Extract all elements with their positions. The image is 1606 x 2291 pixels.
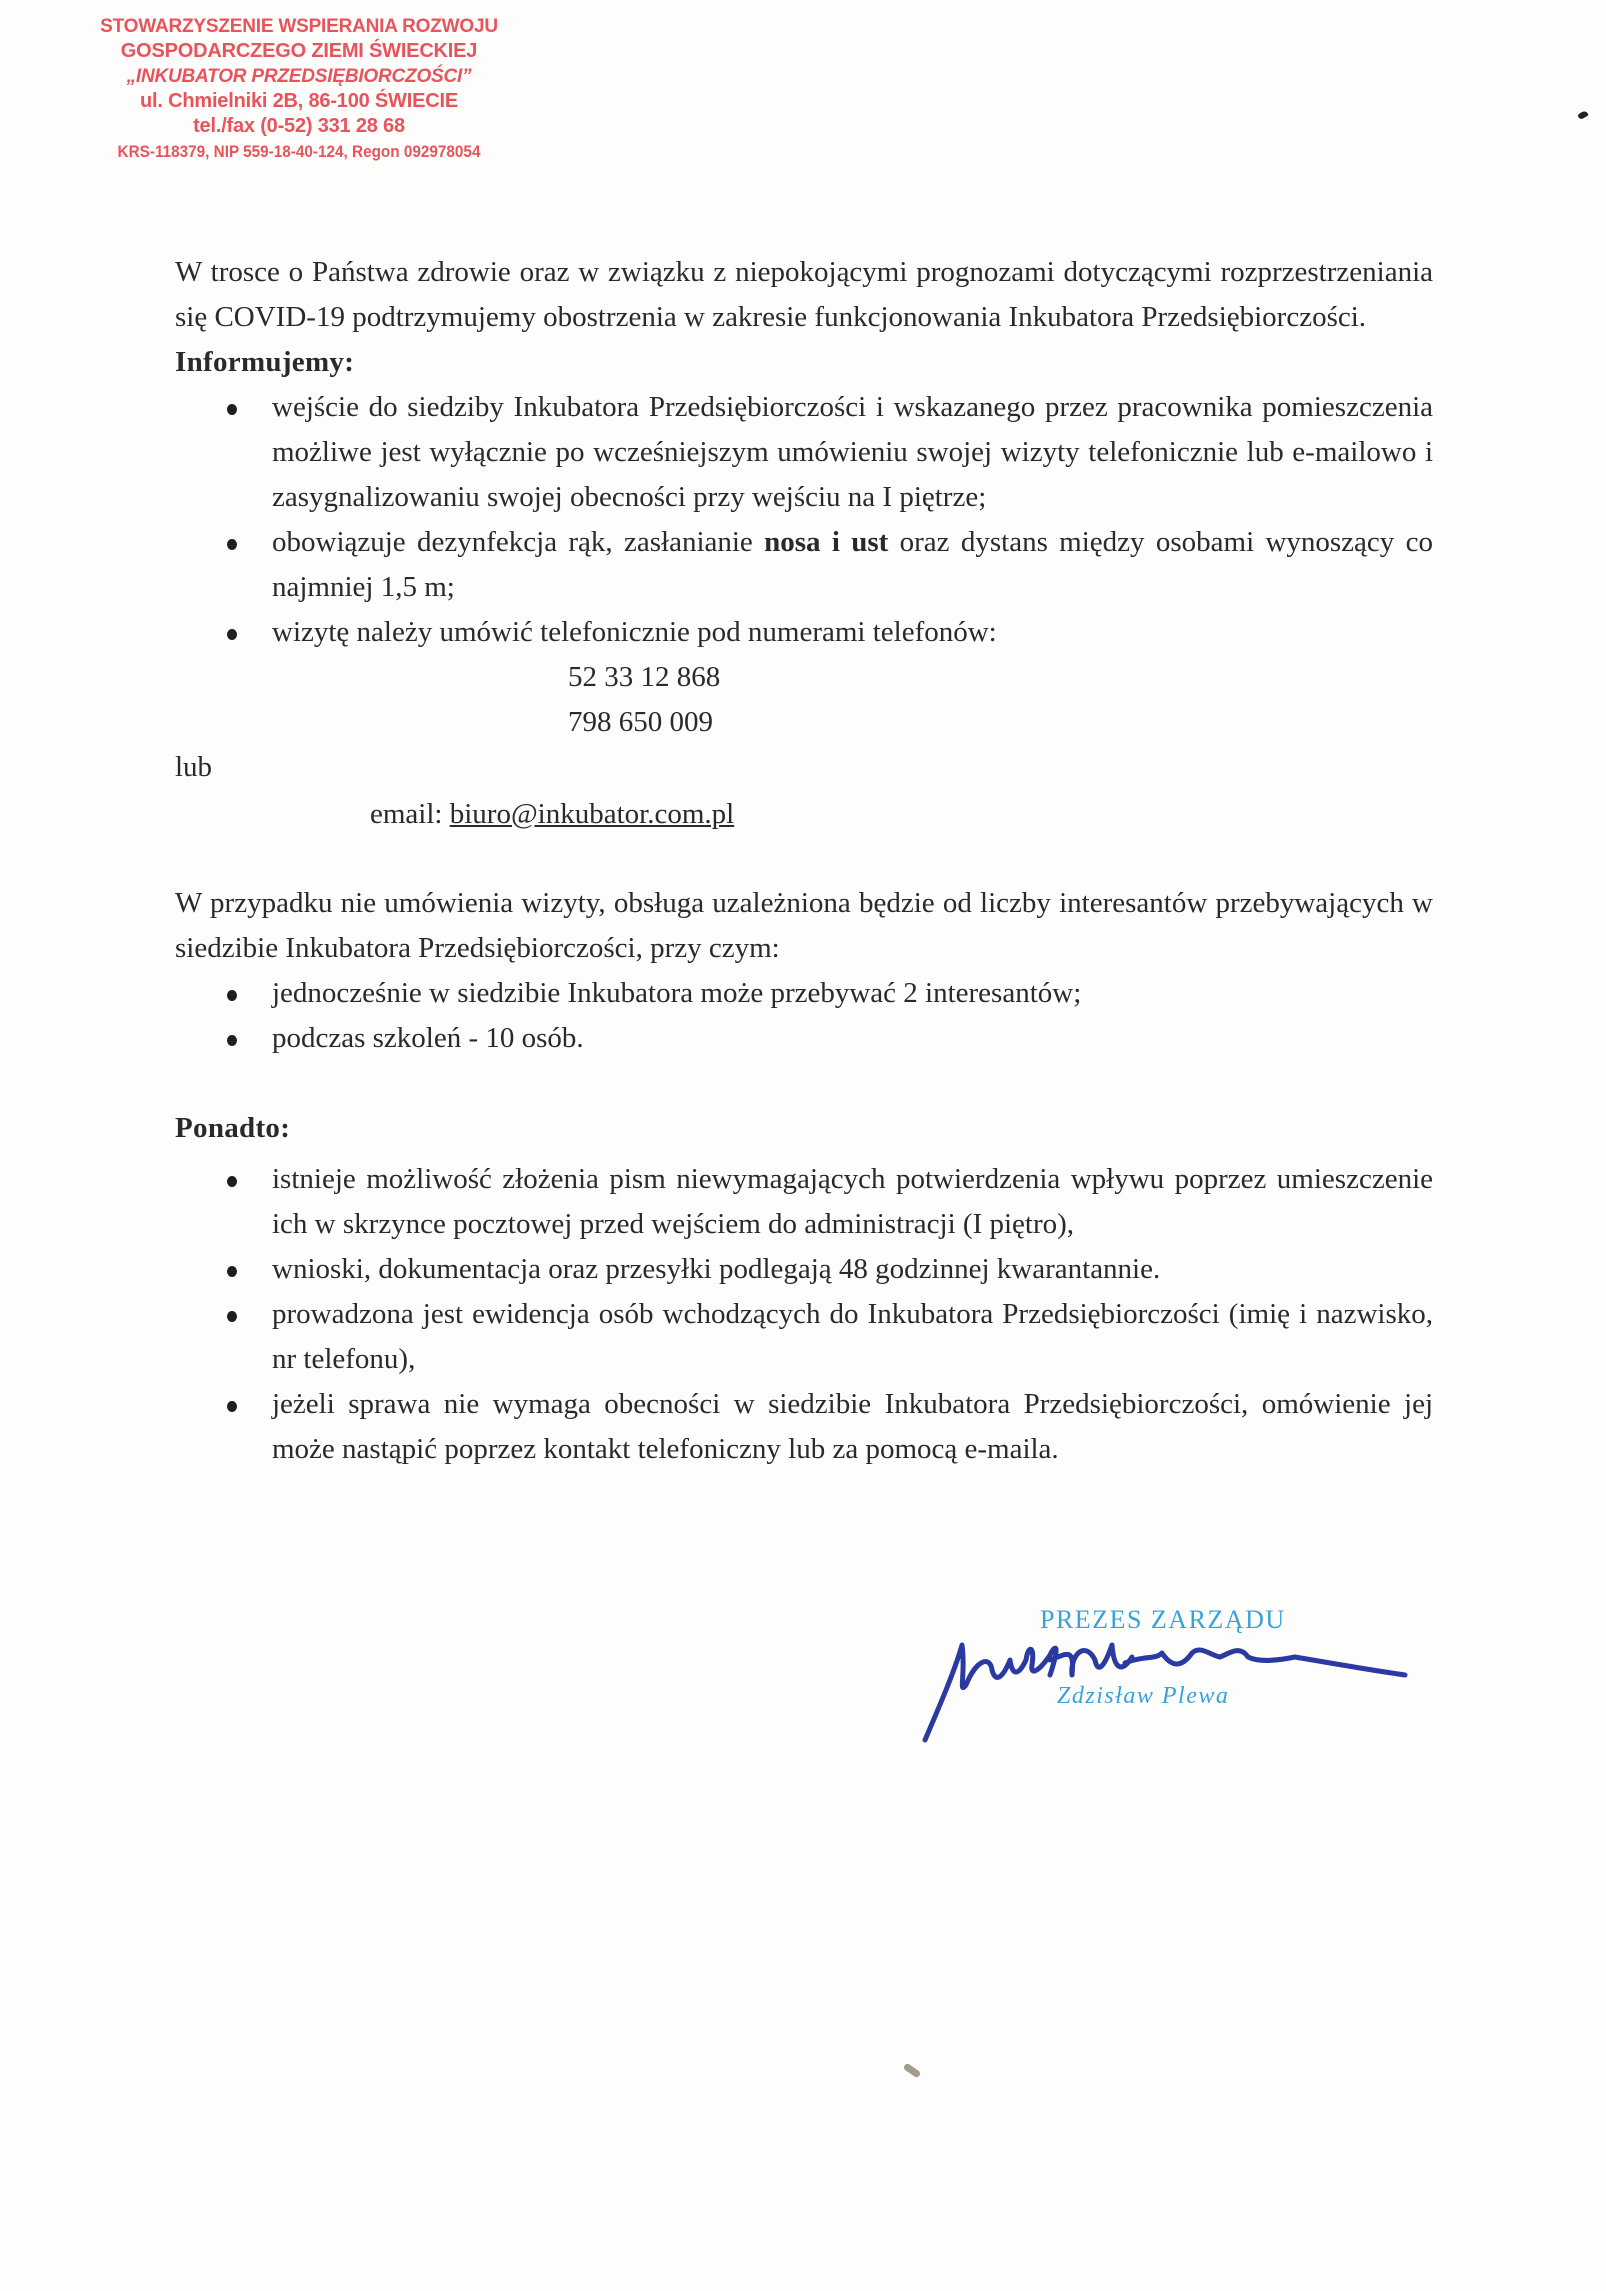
additional-bullet-list: istnieje możliwość złożenia pism niewyma…	[175, 1157, 1433, 1472]
list-item: jeżeli sprawa nie wymaga obecności w sie…	[175, 1382, 1433, 1472]
capacity-bullet-list: jednocześnie w siedzibie Inkubatora może…	[175, 971, 1433, 1061]
list-item: podczas szkoleń - 10 osób.	[175, 1016, 1433, 1061]
phone-number: 798 650 009	[568, 700, 1433, 745]
stamp-line: STOWARZYSZENIE WSPIERANIA ROZWOJU	[64, 14, 534, 39]
info-bullet-list: wejście do siedziby Inkubatora Przedsięb…	[175, 385, 1433, 655]
or-label: lub	[175, 745, 1433, 790]
phone-numbers: 52 33 12 868 798 650 009	[175, 655, 1433, 745]
signature-block: PREZES ZARZĄDU Zdzisław Plewa	[1010, 1605, 1480, 1755]
email-link[interactable]: biuro@inkubator.com.pl	[450, 798, 734, 830]
section-heading-ponadto: Ponadto:	[175, 1106, 1433, 1151]
list-item: wizytę należy umówić telefonicznie pod n…	[175, 610, 1433, 655]
signatory-name: Zdzisław Plewa	[1057, 1683, 1229, 1710]
stamp-line: GOSPODARCZEGO ZIEMI ŚWIECKIEJ	[64, 39, 534, 64]
list-item: prowadzona jest ewidencja osób wchodzący…	[175, 1292, 1433, 1382]
stamp-line: ul. Chmielniki 2B, 86-100 ŚWIECIE	[64, 89, 534, 114]
no-appointment-paragraph: W przypadku nie umówienia wizyty, obsług…	[175, 881, 1433, 971]
organization-stamp: STOWARZYSZENIE WSPIERANIA ROZWOJU GOSPOD…	[64, 14, 534, 164]
scan-speck	[903, 2062, 922, 2078]
intro-paragraph: W trosce o Państwa zdrowie oraz w związk…	[175, 250, 1433, 340]
stamp-line: KRS-118379, NIP 559-18-40-124, Regon 092…	[88, 139, 511, 164]
list-item: obowiązuje dezynfekcja rąk, zasłanianie …	[175, 520, 1433, 610]
email-label: email:	[370, 798, 442, 830]
letter-body: W trosce o Państwa zdrowie oraz w związk…	[175, 250, 1433, 1472]
list-item: wejście do siedziby Inkubatora Przedsięb…	[175, 385, 1433, 520]
list-item: wnioski, dokumentacja oraz przesyłki pod…	[175, 1247, 1433, 1292]
stamp-line: „INKUBATOR PRZEDSIĘBIORCZOŚCI”	[64, 64, 534, 89]
stamp-line: tel./fax (0-52) 331 28 68	[64, 114, 534, 139]
emphasis-nose-mouth: nosa i ust	[764, 526, 888, 558]
scan-speck	[1577, 110, 1589, 120]
email-line: email: biuro@inkubator.com.pl	[175, 792, 1433, 837]
phone-number: 52 33 12 868	[568, 655, 1433, 700]
list-item: jednocześnie w siedzibie Inkubatora może…	[175, 971, 1433, 1016]
section-heading-informujemy: Informujemy:	[175, 340, 1433, 385]
list-item: istnieje możliwość złożenia pism niewyma…	[175, 1157, 1433, 1247]
